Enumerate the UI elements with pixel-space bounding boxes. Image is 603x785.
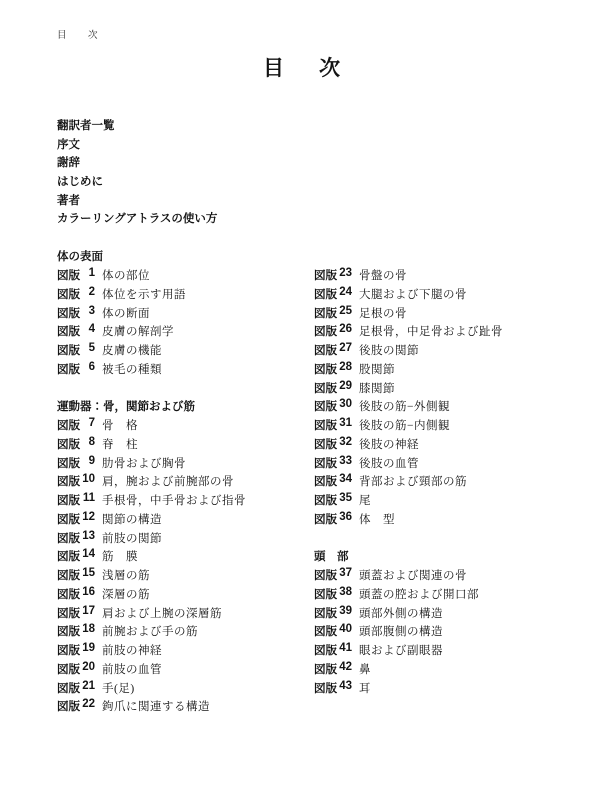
plate-number: 34 bbox=[339, 473, 352, 489]
plate-label: 図版23 bbox=[314, 267, 352, 283]
plate-label: 図版32 bbox=[314, 436, 352, 452]
plate-title: 頭蓋および関連の骨 bbox=[359, 567, 467, 583]
plate-number: 12 bbox=[82, 511, 95, 527]
plate-prefix: 図版 bbox=[57, 548, 80, 564]
toc-page: 目 次 目 次 翻訳者一覧序文謝辞はじめに著者カラーリングアトラスの使い方 体の… bbox=[0, 0, 603, 785]
toc-section-header: 運動器：骨，関節および筋 bbox=[57, 397, 309, 416]
plate-label: 図版8 bbox=[57, 436, 95, 452]
toc-plate-row: 図版32後肢の神経 bbox=[314, 435, 589, 454]
plate-number: 39 bbox=[339, 605, 352, 621]
plate-label: 図版30 bbox=[314, 398, 352, 414]
plate-number: 30 bbox=[339, 398, 352, 414]
plate-prefix: 図版 bbox=[57, 530, 80, 546]
plate-prefix: 図版 bbox=[57, 623, 80, 639]
plate-title: 股関節 bbox=[359, 361, 395, 377]
plate-label: 図版43 bbox=[314, 680, 352, 696]
plate-number: 1 bbox=[89, 267, 95, 283]
plate-title: 関節の構造 bbox=[102, 511, 162, 527]
toc-plate-row: 図版21手(足) bbox=[57, 678, 309, 697]
plate-label: 図版38 bbox=[314, 586, 352, 602]
plate-prefix: 図版 bbox=[57, 661, 80, 677]
plate-number: 21 bbox=[82, 680, 95, 696]
plate-number: 7 bbox=[89, 417, 95, 433]
plate-title: 足根の骨 bbox=[359, 305, 407, 321]
plate-number: 9 bbox=[89, 455, 95, 471]
plate-prefix: 図版 bbox=[57, 323, 80, 339]
plate-prefix: 図版 bbox=[57, 605, 80, 621]
plate-title: 前腕および手の筋 bbox=[102, 623, 198, 639]
plate-prefix: 図版 bbox=[314, 511, 337, 527]
running-header: 目 次 bbox=[57, 27, 104, 41]
plate-label: 図版27 bbox=[314, 342, 352, 358]
plate-prefix: 図版 bbox=[57, 567, 80, 583]
plate-label: 図版19 bbox=[57, 642, 95, 658]
plate-number: 35 bbox=[339, 492, 352, 508]
plate-title: 鉤爪に関連する構造 bbox=[102, 698, 210, 714]
toc-plate-row: 図版17肩および上腕の深層筋 bbox=[57, 603, 309, 622]
plate-label: 図版20 bbox=[57, 661, 95, 677]
plate-number: 13 bbox=[82, 530, 95, 546]
toc-plate-row: 図版41眼および副眼器 bbox=[314, 641, 589, 660]
plate-prefix: 図版 bbox=[57, 511, 80, 527]
toc-plate-row: 図版14筋 膜 bbox=[57, 547, 309, 566]
plate-title: 手根骨，中手骨および指骨 bbox=[102, 492, 246, 508]
toc-column-right: 図版23骨盤の骨図版24大腿および下腿の骨図版25足根の骨図版26足根骨，中足骨… bbox=[314, 247, 589, 697]
plate-prefix: 図版 bbox=[57, 436, 80, 452]
plate-title: 後肢の関節 bbox=[359, 342, 419, 358]
plate-label: 図版18 bbox=[57, 623, 95, 639]
toc-plate-row: 図版27後肢の関節 bbox=[314, 341, 589, 360]
plate-number: 15 bbox=[82, 567, 95, 583]
toc-plate-row: 図版37頭蓋および関連の骨 bbox=[314, 566, 589, 585]
plate-number: 5 bbox=[89, 342, 95, 358]
plate-label: 図版1 bbox=[57, 267, 95, 283]
plate-number: 33 bbox=[339, 455, 352, 471]
plate-number: 41 bbox=[339, 642, 352, 658]
plate-title: 頭蓋の腔および開口部 bbox=[359, 586, 479, 602]
toc-plate-row: 図版5皮膚の機能 bbox=[57, 341, 309, 360]
plate-label: 図版28 bbox=[314, 361, 352, 377]
plate-title: 体の部位 bbox=[102, 267, 150, 283]
plate-label: 図版24 bbox=[314, 286, 352, 302]
toc-plate-row: 図版11手根骨，中手骨および指骨 bbox=[57, 491, 309, 510]
plate-title: 体 型 bbox=[359, 511, 395, 527]
toc-plate-row: 図版40頭部腹側の構造 bbox=[314, 622, 589, 641]
plate-number: 29 bbox=[339, 380, 352, 396]
plate-label: 図版33 bbox=[314, 455, 352, 471]
toc-column-left: 体の表面図版1体の部位図版2体位を示す用語図版3体の断面図版4皮膚の解剖学図版5… bbox=[57, 247, 309, 716]
plate-prefix: 図版 bbox=[57, 698, 80, 714]
plate-prefix: 図版 bbox=[314, 623, 337, 639]
plate-label: 図版31 bbox=[314, 417, 352, 433]
toc-plate-row: 図版29膝関節 bbox=[314, 378, 589, 397]
front-matter-item: 著者 bbox=[57, 190, 217, 209]
plate-prefix: 図版 bbox=[57, 492, 80, 508]
toc-plate-row: 図版3体の断面 bbox=[57, 303, 309, 322]
plate-prefix: 図版 bbox=[314, 567, 337, 583]
plate-prefix: 図版 bbox=[57, 286, 80, 302]
plate-prefix: 図版 bbox=[57, 680, 80, 696]
plate-title: 前肢の血管 bbox=[102, 661, 162, 677]
plate-prefix: 図版 bbox=[314, 267, 337, 283]
plate-prefix: 図版 bbox=[57, 342, 80, 358]
plate-number: 10 bbox=[82, 473, 95, 489]
plate-number: 2 bbox=[89, 286, 95, 302]
plate-prefix: 図版 bbox=[57, 455, 80, 471]
plate-label: 図版29 bbox=[314, 380, 352, 396]
plate-number: 14 bbox=[82, 548, 95, 564]
plate-title: 前肢の関節 bbox=[102, 530, 162, 546]
plate-label: 図版7 bbox=[57, 417, 95, 433]
plate-number: 37 bbox=[339, 567, 352, 583]
plate-title: 後肢の筋−外側観 bbox=[359, 398, 450, 414]
plate-prefix: 図版 bbox=[57, 417, 80, 433]
toc-plate-row: 図版25足根の骨 bbox=[314, 303, 589, 322]
toc-plate-row: 図版16深層の筋 bbox=[57, 585, 309, 604]
plate-label: 図版35 bbox=[314, 492, 352, 508]
plate-number: 32 bbox=[339, 436, 352, 452]
plate-number: 43 bbox=[339, 680, 352, 696]
plate-number: 23 bbox=[339, 267, 352, 283]
plate-prefix: 図版 bbox=[314, 605, 337, 621]
plate-label: 図版21 bbox=[57, 680, 95, 696]
plate-title: 後肢の筋−内側観 bbox=[359, 417, 450, 433]
toc-plate-row: 図版33後肢の血管 bbox=[314, 453, 589, 472]
plate-prefix: 図版 bbox=[57, 361, 80, 377]
plate-label: 図版4 bbox=[57, 323, 95, 339]
front-matter-item: カラーリングアトラスの使い方 bbox=[57, 209, 217, 228]
toc-plate-row: 図版34背部および頸部の筋 bbox=[314, 472, 589, 491]
plate-number: 6 bbox=[89, 361, 95, 377]
toc-plate-row: 図版2体位を示す用語 bbox=[57, 285, 309, 304]
plate-prefix: 図版 bbox=[314, 286, 337, 302]
plate-prefix: 図版 bbox=[314, 417, 337, 433]
plate-prefix: 図版 bbox=[314, 455, 337, 471]
toc-plate-row: 図版20前肢の血管 bbox=[57, 660, 309, 679]
plate-label: 図版36 bbox=[314, 511, 352, 527]
toc-plate-row: 図版6被毛の種類 bbox=[57, 360, 309, 379]
toc-plate-row: 図版35尾 bbox=[314, 491, 589, 510]
plate-number: 4 bbox=[89, 323, 95, 339]
plate-label: 図版6 bbox=[57, 361, 95, 377]
toc-plate-row: 図版31後肢の筋−内側観 bbox=[314, 416, 589, 435]
plate-label: 図版22 bbox=[57, 698, 95, 714]
plate-prefix: 図版 bbox=[57, 473, 80, 489]
toc-plate-row: 図版15浅層の筋 bbox=[57, 566, 309, 585]
front-matter-item: はじめに bbox=[57, 172, 217, 191]
toc-gap-row bbox=[57, 378, 309, 397]
plate-title: 皮膚の解剖学 bbox=[102, 323, 174, 339]
plate-prefix: 図版 bbox=[314, 473, 337, 489]
toc-plate-row: 図版42鼻 bbox=[314, 660, 589, 679]
plate-number: 20 bbox=[82, 661, 95, 677]
toc-plate-row: 図版43耳 bbox=[314, 678, 589, 697]
toc-section-header: 頭 部 bbox=[314, 547, 589, 566]
plate-number: 17 bbox=[82, 605, 95, 621]
toc-plate-row: 図版1体の部位 bbox=[57, 266, 309, 285]
toc-plate-row: 図版12関節の構造 bbox=[57, 510, 309, 529]
plate-label: 図版37 bbox=[314, 567, 352, 583]
plate-title: 手(足) bbox=[102, 680, 135, 696]
front-matter-item: 謝辞 bbox=[57, 153, 217, 172]
plate-prefix: 図版 bbox=[314, 380, 337, 396]
plate-number: 42 bbox=[339, 661, 352, 677]
plate-number: 40 bbox=[339, 623, 352, 639]
toc-plate-row: 図版13前肢の関節 bbox=[57, 528, 309, 547]
plate-title: 頭部腹側の構造 bbox=[359, 623, 443, 639]
plate-number: 26 bbox=[339, 323, 352, 339]
plate-title: 頭部外側の構造 bbox=[359, 605, 443, 621]
toc-gap-row bbox=[314, 247, 589, 266]
toc-plate-row: 図版30後肢の筋−外側観 bbox=[314, 397, 589, 416]
toc-plate-row: 図版28股関節 bbox=[314, 360, 589, 379]
plate-label: 図版9 bbox=[57, 455, 95, 471]
plate-title: 後肢の神経 bbox=[359, 436, 419, 452]
plate-label: 図版11 bbox=[57, 492, 95, 508]
plate-label: 図版39 bbox=[314, 605, 352, 621]
plate-prefix: 図版 bbox=[314, 436, 337, 452]
plate-label: 図版34 bbox=[314, 473, 352, 489]
plate-title: 足根骨，中足骨および趾骨 bbox=[359, 323, 503, 339]
plate-label: 図版14 bbox=[57, 548, 95, 564]
plate-label: 図版2 bbox=[57, 286, 95, 302]
toc-plate-row: 図版9肋骨および胸骨 bbox=[57, 453, 309, 472]
plate-number: 36 bbox=[339, 511, 352, 527]
plate-label: 図版12 bbox=[57, 511, 95, 527]
plate-prefix: 図版 bbox=[314, 398, 337, 414]
plate-title: 尾 bbox=[359, 492, 371, 508]
plate-prefix: 図版 bbox=[314, 586, 337, 602]
toc-plate-row: 図版39頭部外側の構造 bbox=[314, 603, 589, 622]
plate-title: 皮膚の機能 bbox=[102, 342, 162, 358]
plate-prefix: 図版 bbox=[57, 267, 80, 283]
plate-title: 膝関節 bbox=[359, 380, 395, 396]
plate-label: 図版15 bbox=[57, 567, 95, 583]
plate-label: 図版41 bbox=[314, 642, 352, 658]
toc-gap-row bbox=[314, 528, 589, 547]
section-title: 頭 部 bbox=[314, 548, 349, 564]
plate-title: 被毛の種類 bbox=[102, 361, 162, 377]
plate-title: 肩，腕および前腕部の骨 bbox=[102, 473, 234, 489]
plate-prefix: 図版 bbox=[314, 305, 337, 321]
plate-number: 11 bbox=[83, 492, 95, 508]
toc-plate-row: 図版22鉤爪に関連する構造 bbox=[57, 697, 309, 716]
plate-title: 後肢の血管 bbox=[359, 455, 419, 471]
plate-prefix: 図版 bbox=[57, 586, 80, 602]
toc-plate-row: 図版10肩，腕および前腕部の骨 bbox=[57, 472, 309, 491]
plate-prefix: 図版 bbox=[57, 642, 80, 658]
toc-plate-row: 図版4皮膚の解剖学 bbox=[57, 322, 309, 341]
plate-title: 体位を示す用語 bbox=[102, 286, 186, 302]
plate-prefix: 図版 bbox=[314, 642, 337, 658]
plate-title: 鼻 bbox=[359, 661, 371, 677]
plate-title: 肋骨および胸骨 bbox=[102, 455, 186, 471]
toc-plate-row: 図版7骨 格 bbox=[57, 416, 309, 435]
plate-number: 22 bbox=[82, 698, 95, 714]
plate-number: 38 bbox=[339, 586, 352, 602]
plate-number: 31 bbox=[339, 417, 352, 433]
plate-label: 図版17 bbox=[57, 605, 95, 621]
toc-plate-row: 図版19前肢の神経 bbox=[57, 641, 309, 660]
plate-title: 背部および頸部の筋 bbox=[359, 473, 467, 489]
plate-number: 27 bbox=[339, 342, 352, 358]
plate-number: 16 bbox=[82, 586, 95, 602]
plate-title: 体の断面 bbox=[102, 305, 150, 321]
plate-title: 深層の筋 bbox=[102, 586, 150, 602]
toc-plate-row: 図版8脊 柱 bbox=[57, 435, 309, 454]
plate-title: 骨盤の骨 bbox=[359, 267, 407, 283]
plate-label: 図版5 bbox=[57, 342, 95, 358]
plate-title: 耳 bbox=[359, 680, 371, 696]
plate-title: 浅層の筋 bbox=[102, 567, 150, 583]
plate-label: 図版13 bbox=[57, 530, 95, 546]
toc-plate-row: 図版18前腕および手の筋 bbox=[57, 622, 309, 641]
toc-section-header: 体の表面 bbox=[57, 247, 309, 266]
plate-label: 図版25 bbox=[314, 305, 352, 321]
plate-title: 肩および上腕の深層筋 bbox=[102, 605, 222, 621]
plate-label: 図版3 bbox=[57, 305, 95, 321]
plate-prefix: 図版 bbox=[314, 361, 337, 377]
plate-number: 18 bbox=[82, 623, 95, 639]
plate-prefix: 図版 bbox=[57, 305, 80, 321]
toc-plate-row: 図版23骨盤の骨 bbox=[314, 266, 589, 285]
plate-title: 前肢の神経 bbox=[102, 642, 162, 658]
plate-number: 8 bbox=[89, 436, 95, 452]
plate-prefix: 図版 bbox=[314, 323, 337, 339]
plate-label: 図版10 bbox=[57, 473, 95, 489]
plate-prefix: 図版 bbox=[314, 661, 337, 677]
plate-title: 筋 膜 bbox=[102, 548, 138, 564]
section-title: 体の表面 bbox=[57, 248, 103, 264]
plate-prefix: 図版 bbox=[314, 492, 337, 508]
plate-number: 3 bbox=[89, 305, 95, 321]
toc-plate-row: 図版24大腿および下腿の骨 bbox=[314, 285, 589, 304]
front-matter-item: 序文 bbox=[57, 135, 217, 154]
plate-number: 25 bbox=[339, 305, 352, 321]
plate-title: 眼および副眼器 bbox=[359, 642, 443, 658]
plate-title: 骨 格 bbox=[102, 417, 138, 433]
plate-label: 図版42 bbox=[314, 661, 352, 677]
plate-label: 図版16 bbox=[57, 586, 95, 602]
plate-label: 図版40 bbox=[314, 623, 352, 639]
toc-plate-row: 図版36体 型 bbox=[314, 510, 589, 529]
plate-prefix: 図版 bbox=[314, 680, 337, 696]
plate-title: 大腿および下腿の骨 bbox=[359, 286, 467, 302]
toc-plate-row: 図版38頭蓋の腔および開口部 bbox=[314, 585, 589, 604]
front-matter-list: 翻訳者一覧序文謝辞はじめに著者カラーリングアトラスの使い方 bbox=[57, 116, 217, 228]
plate-prefix: 図版 bbox=[314, 342, 337, 358]
plate-number: 19 bbox=[82, 642, 95, 658]
toc-plate-row: 図版26足根骨，中足骨および趾骨 bbox=[314, 322, 589, 341]
front-matter-item: 翻訳者一覧 bbox=[57, 116, 217, 135]
plate-label: 図版26 bbox=[314, 323, 352, 339]
section-title: 運動器：骨，関節および筋 bbox=[57, 398, 195, 414]
plate-number: 28 bbox=[339, 361, 352, 377]
page-title: 目 次 bbox=[0, 58, 603, 80]
plate-title: 脊 柱 bbox=[102, 436, 138, 452]
plate-number: 24 bbox=[339, 286, 352, 302]
